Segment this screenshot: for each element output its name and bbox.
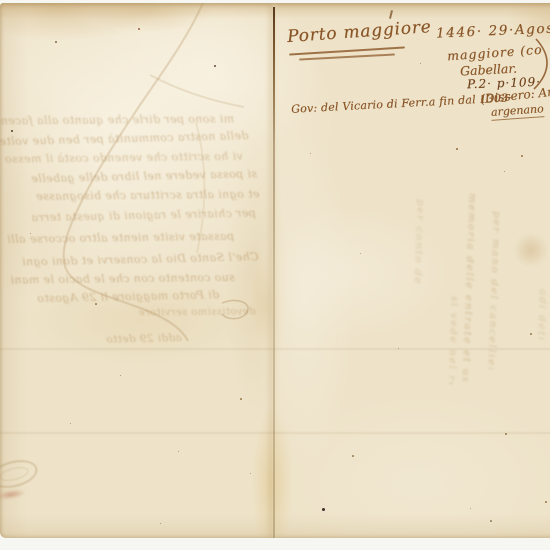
foxing-speck — [322, 508, 325, 511]
foxing-speck — [545, 501, 547, 503]
foxing-speck — [95, 303, 97, 305]
fold-crease — [273, 7, 275, 538]
manuscript-sheet: mi sono per dirle che quanto alla facend… — [0, 3, 550, 538]
foxing-speck — [352, 455, 354, 457]
photograph-of-manuscript: mi sono per dirle che quanto alla facend… — [0, 0, 550, 550]
horizontal-crease — [0, 348, 550, 350]
foxing-speck — [240, 398, 242, 400]
foxing-speck — [521, 155, 523, 157]
foxing-speck — [55, 41, 57, 43]
ghost-flourish — [222, 301, 248, 319]
foxing-speck — [530, 333, 532, 335]
foxing-speck — [214, 65, 216, 67]
horizontal-crease — [0, 432, 550, 434]
foxing-speck — [490, 520, 492, 522]
foxing-speck — [456, 148, 458, 150]
foxing-speck — [505, 433, 507, 435]
